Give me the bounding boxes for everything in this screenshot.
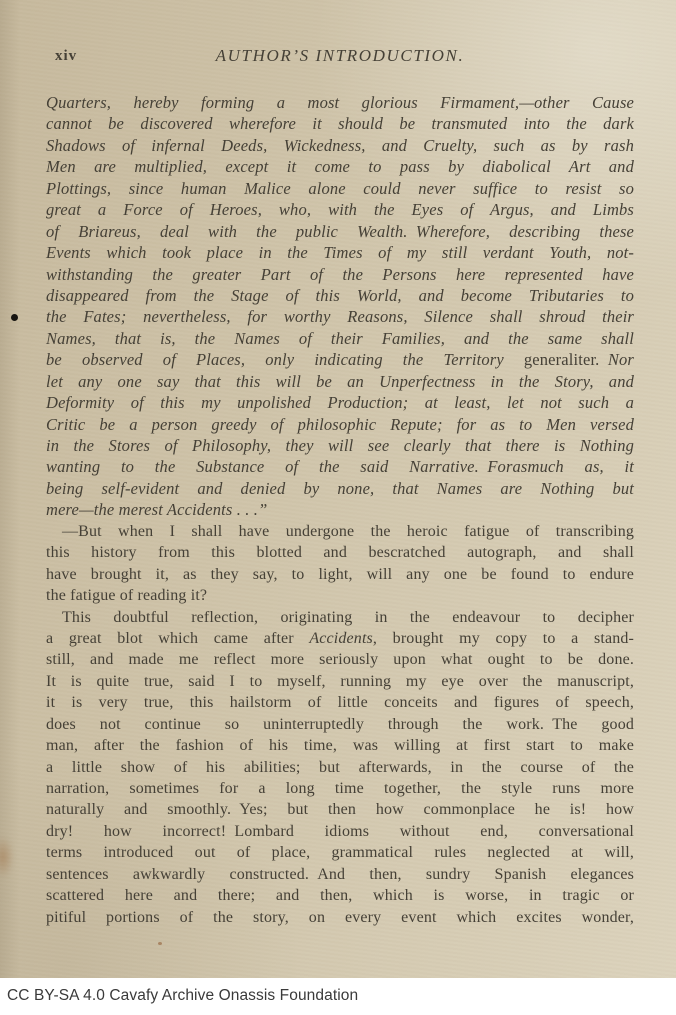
- text-line: Deformity of this my unpolished Producti…: [46, 392, 634, 413]
- text-line: in the Stores of Philosophy, they will s…: [46, 435, 634, 456]
- text-block: Quarters, hereby forming a most glorious…: [46, 92, 634, 928]
- text-line: of Briareus, deal with the public Wealth…: [46, 221, 634, 242]
- book-page-scan: xiv AUTHOR’S INTRODUCTION. Quarters, her…: [0, 0, 676, 1015]
- text-line: a great blot which came after Accidents,…: [46, 628, 634, 649]
- license-text: CC BY-SA 4.0 Cavafy Archive Onassis Foun…: [0, 978, 676, 1014]
- text-line: mere—the merest Accidents . . .”: [46, 499, 634, 520]
- text-line: Names, that is, the Names of their Famil…: [46, 328, 634, 349]
- text-line: does not continue so uninterruptedly thr…: [46, 714, 634, 735]
- text-line: the Fates; nevertheless, for worthy Reas…: [46, 306, 634, 327]
- text-line: Shadows of infernal Deeds, Wickedness, a…: [46, 135, 634, 156]
- stain-artifact: [0, 836, 14, 878]
- text-line: it is very true, this hailstorm of littl…: [46, 692, 634, 713]
- text-line: narration, sometimes for a long time tog…: [46, 778, 634, 799]
- text-line: terms introduced out of place, grammatic…: [46, 842, 634, 863]
- text-line: cannot be discovered wherefore it should…: [46, 113, 634, 134]
- text-line: naturally and smoothly. Yes; but then ho…: [46, 799, 634, 820]
- text-line: disappeared from the Stage of this World…: [46, 285, 634, 306]
- text-line: Critic be a person greedy of philosophic…: [46, 414, 634, 435]
- text-line: let any one say that this will be an Unp…: [46, 371, 634, 392]
- text-line: the fatigue of reading it?: [46, 585, 634, 606]
- text-line: Events which took place in the Times of …: [46, 242, 634, 263]
- text-line: great a Force of Heroes, who, with the E…: [46, 199, 634, 220]
- text-line: this history from this blotted and bescr…: [46, 542, 634, 563]
- text-line: be observed of Places, only indicating t…: [46, 349, 634, 370]
- text-line: dry! how incorrect! Lombard idioms witho…: [46, 821, 634, 842]
- text-line: Plottings, since human Malice alone coul…: [46, 178, 634, 199]
- text-line: Men are multiplied, except it come to pa…: [46, 156, 634, 177]
- text-line: wanting to the Substance of the said Nar…: [46, 456, 634, 477]
- ink-dot-artifact: [11, 314, 18, 321]
- text-line: It is quite true, said I to myself, runn…: [46, 671, 634, 692]
- text-line: —But when I shall have undergone the her…: [46, 521, 634, 542]
- text-line: man, after the fashion of his time, was …: [46, 735, 634, 756]
- text-line: have brought it, as they say, to light, …: [46, 564, 634, 585]
- text-line: pitiful portions of the story, on every …: [46, 907, 634, 928]
- license-bar: CC BY-SA 4.0 Cavafy Archive Onassis Foun…: [0, 978, 676, 1015]
- text-line: still, and made me reflect more seriousl…: [46, 649, 634, 670]
- text-line: This doubtful reflection, originating in…: [46, 607, 634, 628]
- text-line: a little show of his abilities; but afte…: [46, 757, 634, 778]
- speck-artifact: [158, 942, 162, 945]
- running-head: AUTHOR’S INTRODUCTION.: [46, 46, 634, 66]
- text-line: being self-evident and denied by none, t…: [46, 478, 634, 499]
- paragraph: —But when I shall have undergone the her…: [46, 521, 634, 607]
- paragraph: This doubtful reflection, originating in…: [46, 607, 634, 929]
- text-line: sentences awkwardly constructed. And the…: [46, 864, 634, 885]
- paragraph: Quarters, hereby forming a most glorious…: [46, 92, 634, 521]
- text-line: Quarters, hereby forming a most glorious…: [46, 92, 634, 113]
- text-line: scattered here and there; and then, whic…: [46, 885, 634, 906]
- text-line: withstanding the greater Part of the Per…: [46, 264, 634, 285]
